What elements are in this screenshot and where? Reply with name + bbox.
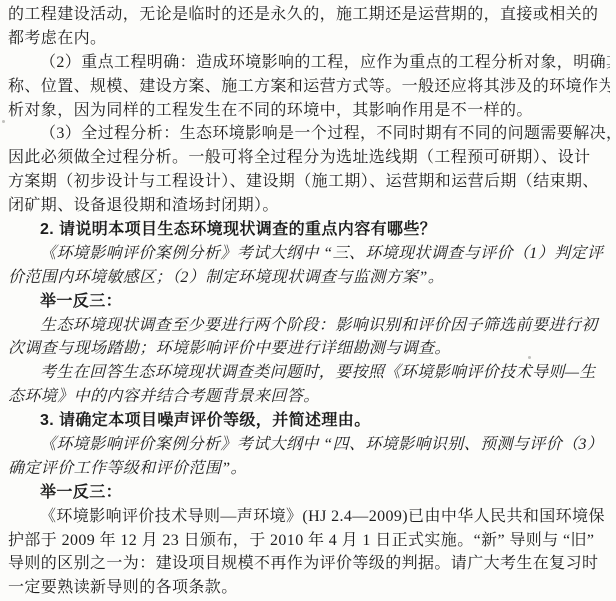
commentary-line: 确定评价工作等级和评价范围”。 <box>8 457 610 481</box>
body-line: 导则的区别之一为：建设项目规模不再作为评价等级的判据。请广大考生在复习时 <box>8 552 610 576</box>
scan-speck <box>528 356 531 359</box>
commentary-line: 《环境影响评价案例分析》考试大纲中 “四、环境影响识别、预测与评价（3） <box>8 433 610 457</box>
body-line: 因此必须做全过程分析。一般可将全过程分为选址选线期（工程预可研期）、设计 <box>8 146 610 170</box>
body-line: 称、位置、规模、建设方案、施工方案和运营方式等。一般还应将其涉及的环境作为分 <box>8 75 610 99</box>
body-line: 《环境影响评价技术导则—声环境》(HJ 2.4—2009)已由中华人民共和国环境… <box>8 505 610 529</box>
body-line: 方案期（初步设计与工程设计）、建设期（施工期）、运营期和运营后期（结束期、 <box>8 170 610 194</box>
body-line: 护部于 2009 年 12 月 23 日颁布，于 2010 年 4 月 1 日正… <box>8 529 610 553</box>
commentary-line: 态环境》中的内容并结合考题背景来回答。 <box>8 385 610 409</box>
body-line: 析对象，因为同样的工程发生在不同的环境中，其影响作用是不一样的。 <box>8 99 610 123</box>
document-page: 的工程建设活动，无论是临时的还是永久的，施工期还是运营期的，直接或相关的 都考虑… <box>0 0 616 601</box>
tip-label: 举一反三： <box>8 481 610 505</box>
commentary-line: 价范围内环境敏感区；（2）制定环境现状调查与监测方案”。 <box>8 266 610 290</box>
commentary-line: 《环境影响评价案例分析》考试大纲中 “三、环境现状调查与评价（1）判定评 <box>8 242 610 266</box>
question-3-heading: 3. 请确定本项目噪声评价等级，并简述理由。 <box>8 409 610 433</box>
tip-label: 举一反三： <box>8 290 610 314</box>
body-line: 都考虑在内。 <box>8 27 610 51</box>
scan-speck <box>2 120 5 123</box>
body-line: （2）重点工程明确：造成环境影响的工程，应作为重点的工程分析对象，明确其名 <box>8 51 610 75</box>
body-line: 的工程建设活动，无论是临时的还是永久的，施工期还是运营期的，直接或相关的 <box>8 3 610 27</box>
question-2-heading: 2. 请说明本项目生态环境现状调查的重点内容有哪些？ <box>8 218 610 242</box>
body-line: 闭矿期、设备退役期和渣场封闭期）。 <box>8 194 610 218</box>
commentary-line: 次调查与现场踏勘；环境影响评价中要进行详细勘测与调查。 <box>8 337 610 361</box>
commentary-line: 考生在回答生态环境现状调查类问题时，要按照《环境影响评价技术导则—生 <box>8 361 610 385</box>
body-line: 一定要熟读新导则的各项条款。 <box>8 576 610 600</box>
commentary-line: 生态环境现状调查至少要进行两个阶段：影响识别和评价因子筛选前要进行初 <box>8 314 610 338</box>
body-line: （3）全过程分析：生态环境影响是一个过程，不同时期有不同的问题需要解决， <box>8 122 610 146</box>
